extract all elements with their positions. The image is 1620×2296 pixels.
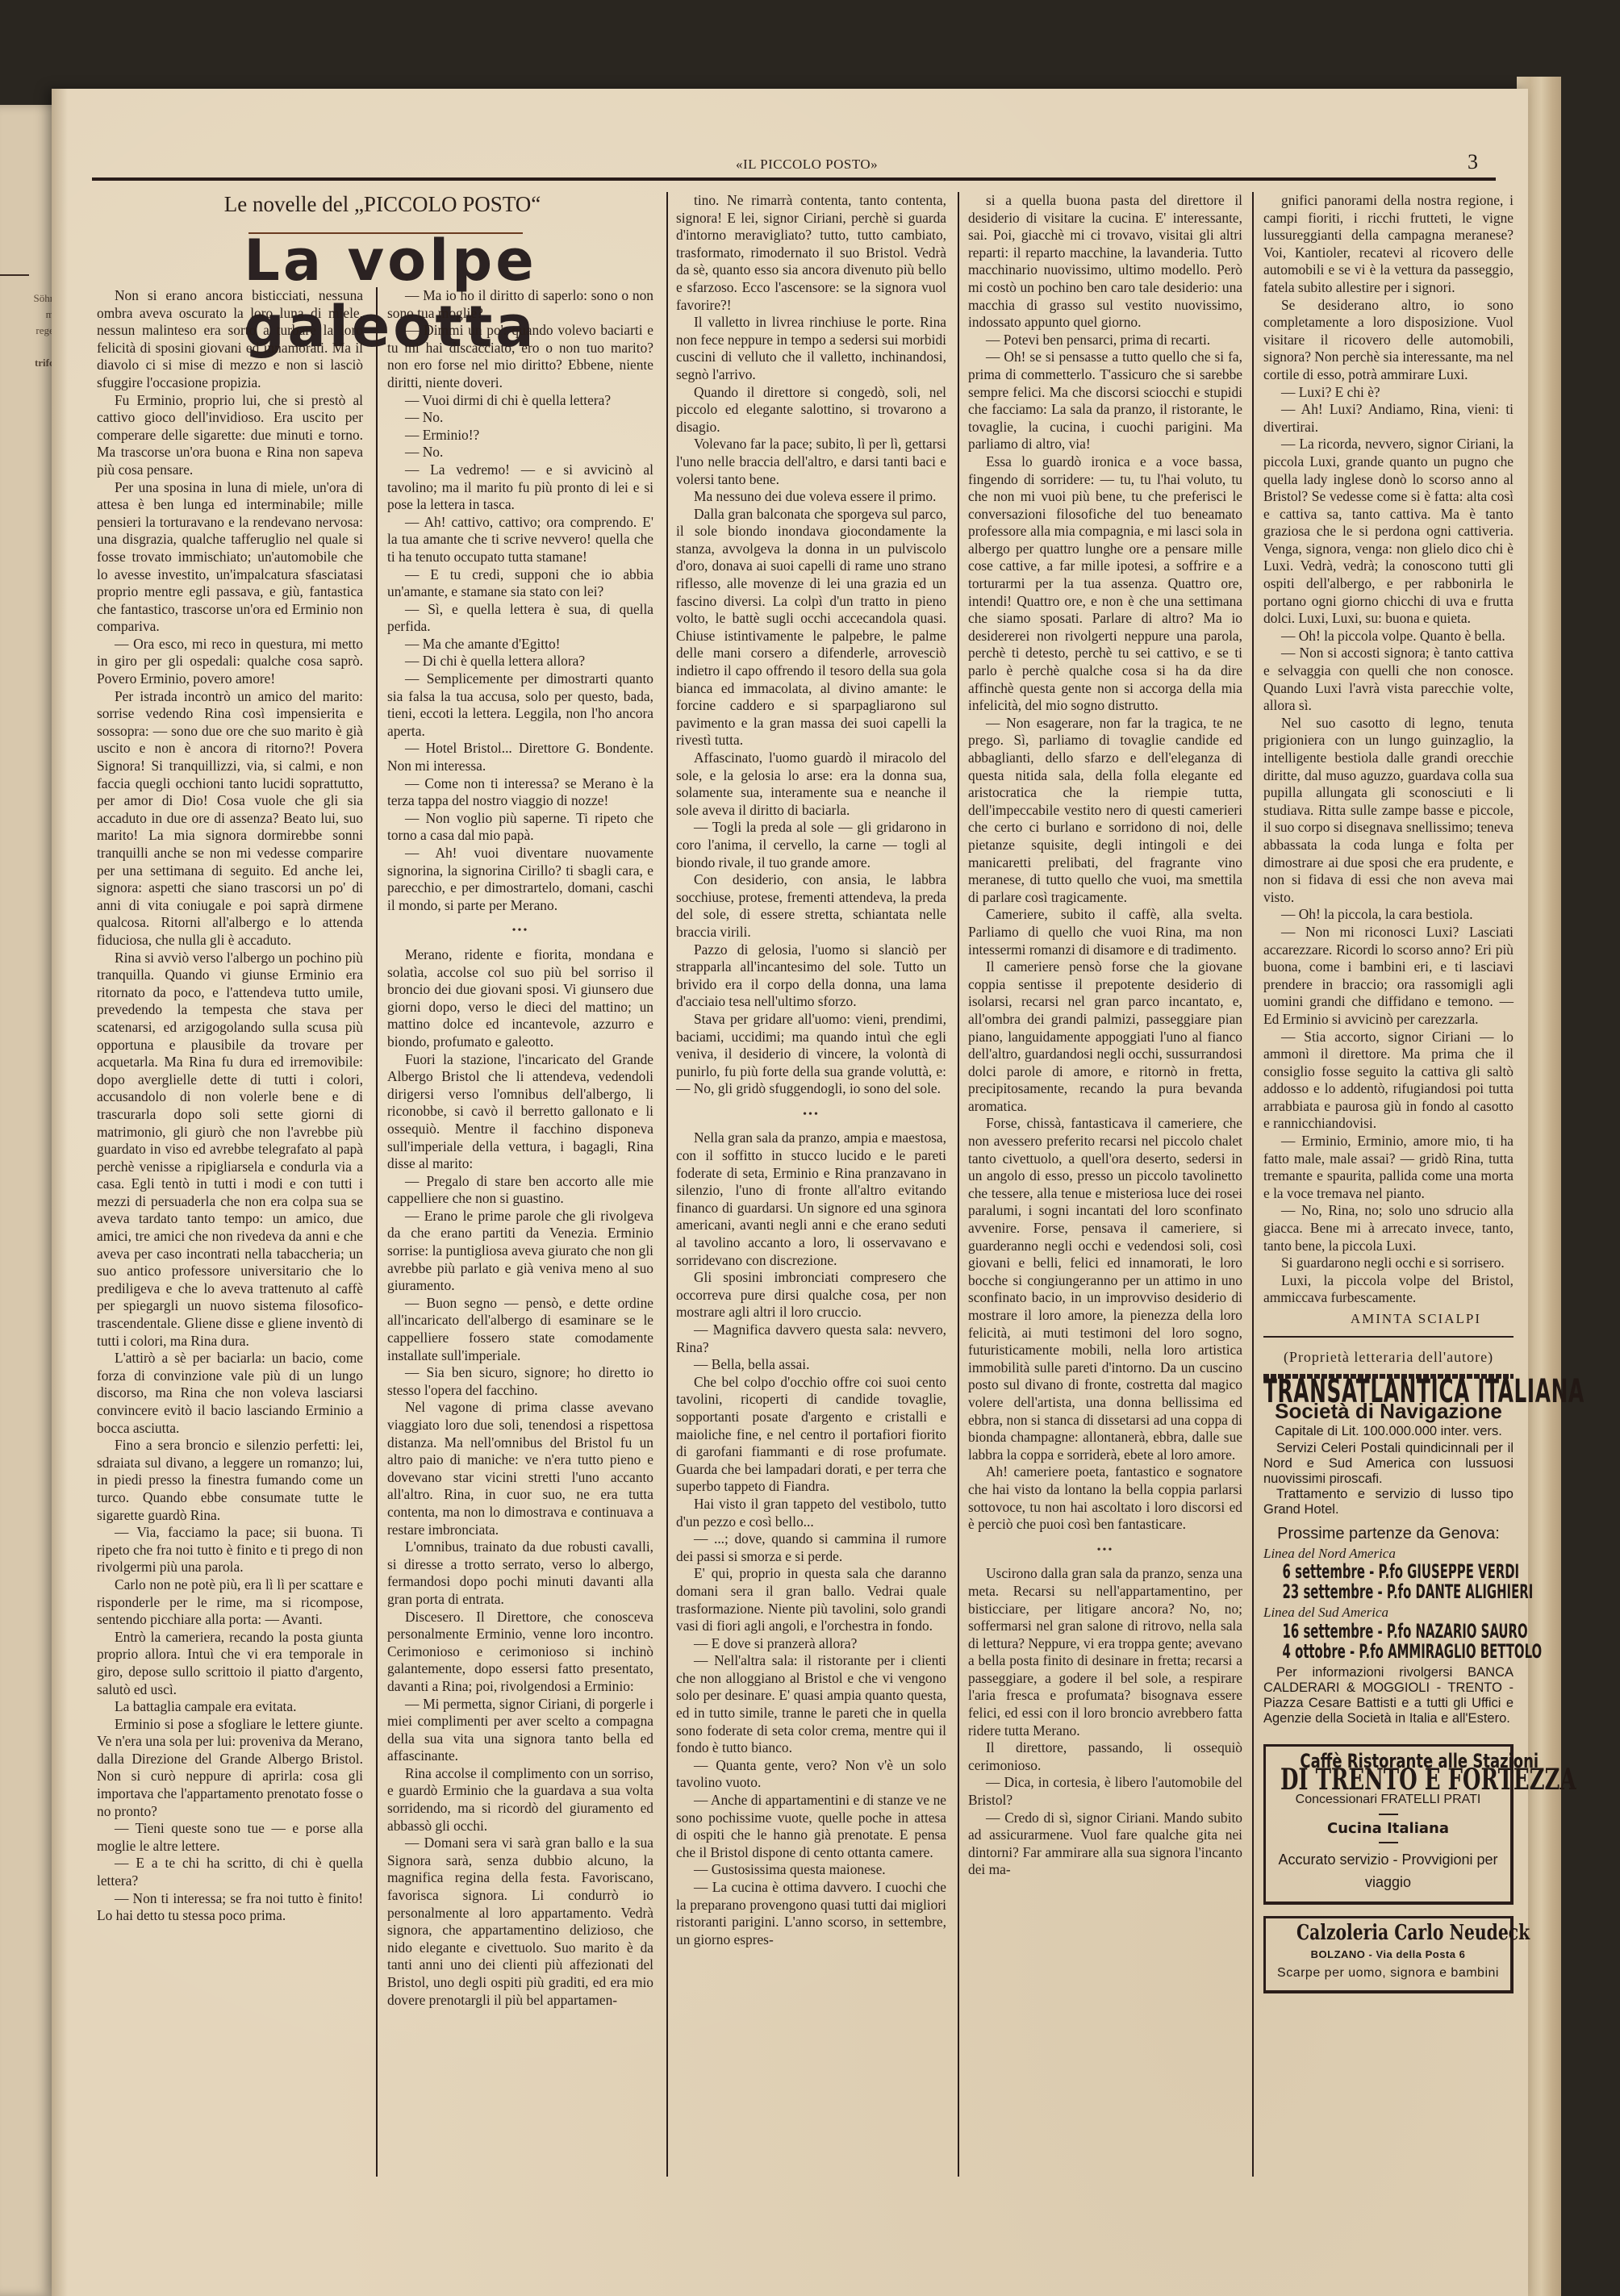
ad-transatlantica-treatment: Trattamento e servizio di lusso tipo Gra… xyxy=(1263,1487,1514,1517)
article-paragraph: Il valletto in livrea rinchiuse le porte… xyxy=(676,314,946,383)
author-signature: AMINTA SCIALPI xyxy=(1263,1310,1514,1328)
article-paragraph: — Domani sera vi sarà gran ballo e la su… xyxy=(387,1835,653,2009)
article-paragraph: — ...; dove, quando si cammina il rumore… xyxy=(676,1530,946,1565)
article-paragraph: — Stia accorto, signor Ciriani — lo ammo… xyxy=(1263,1029,1514,1133)
article-paragraph: — Ah! vuoi diventare nuovamente signorin… xyxy=(387,845,653,914)
article-paragraph: — Dica, in cortesia, è libero l'automobi… xyxy=(968,1774,1242,1809)
article-paragraph: — E tu credi, supponi che io abbia un'am… xyxy=(387,566,653,601)
paper-name: «IL PICCOLO POSTO» xyxy=(736,157,878,173)
section-separator: ••• xyxy=(968,1542,1242,1559)
mini-rule xyxy=(1379,1842,1398,1843)
article-paragraph: — La ricorda, nevvero, signor Ciriani, l… xyxy=(1263,436,1514,628)
article-paragraph: — Sì, e quella lettera è sua, di quella … xyxy=(387,601,653,636)
article-paragraph: — Dimmi un po': quando volevo baciarti e… xyxy=(387,322,653,391)
article-paragraph: Nella gran sala da pranzo, ampia e maest… xyxy=(676,1129,946,1269)
article-paragraph: Che bel colpo d'occhio offre coi suoi ce… xyxy=(676,1374,946,1496)
divider xyxy=(1263,1336,1514,1338)
article-paragraph: Gli sposini imbronciati compresero che o… xyxy=(676,1269,946,1321)
article-paragraph: — Gustosissima questa maionese. xyxy=(676,1861,946,1879)
section-separator: ••• xyxy=(676,1106,946,1124)
article-paragraph: — E dove si pranzerà allora? xyxy=(676,1635,946,1653)
fragment: regelt xyxy=(0,323,60,339)
article-paragraph: si a quella buona pasta del direttore il… xyxy=(968,192,1242,332)
column-rule xyxy=(666,192,668,2177)
sailing-entry: 4 ottobre - P.fo AMMIRAGLIO BETTOLO xyxy=(1263,1642,1532,1662)
article-paragraph: — Ma io ho il diritto di saperlo: sono o… xyxy=(387,287,653,322)
ad-caffe-line4: Cucina Italiana xyxy=(1271,1820,1505,1838)
column-rule xyxy=(1252,192,1254,2177)
ad-transatlantica-services: Servizi Celeri Postali quindicinnali per… xyxy=(1263,1441,1514,1487)
ad-transatlantica-name: TRANSATLANTICA ITALIANA xyxy=(1263,1384,1513,1401)
article-paragraph: — La vedremo! — e si avvicinò al tavolin… xyxy=(387,461,653,514)
ad-calzoleria-tagline: Scarpe per uomo, signora e bambini xyxy=(1271,1964,1505,1982)
article-paragraph: Fuori la stazione, l'incaricato del Gran… xyxy=(387,1051,653,1173)
article-paragraph: Dalla gran balconata che sporgeva sul pa… xyxy=(676,506,946,749)
article-paragraph: — Ah! cattivo, cattivo; ora comprendo. E… xyxy=(387,514,653,566)
article-paragraph: L'attirò a sè per baciarla: un bacio, co… xyxy=(97,1350,363,1437)
article-paragraph: L'omnibus, trainato da due robusti caval… xyxy=(387,1538,653,1608)
article-paragraph: — Luxi? E chi è? xyxy=(1263,384,1514,402)
article-paragraph: — Potevi ben pensarci, prima di recarti. xyxy=(968,332,1242,349)
ad-caffe-ristorante: Caffè Ristorante alle Stazioni DI TRENTO… xyxy=(1263,1744,1514,1905)
article-paragraph: — Ma che amante d'Egitto! xyxy=(387,636,653,653)
article-paragraph: — Erminio!? xyxy=(387,427,653,445)
article-paragraph: — Via, facciamo la pace; sii buona. Ti r… xyxy=(97,1524,363,1576)
article-paragraph: — Buon segno — pensò, e dette ordine all… xyxy=(387,1295,653,1364)
article-paragraph: Il direttore, passando, li ossequiò ceri… xyxy=(968,1739,1242,1774)
column-rule xyxy=(958,192,959,2177)
fragment: mit xyxy=(0,307,60,323)
article-paragraph: — Anche di appartamentini e di stanze ve… xyxy=(676,1792,946,1861)
article-paragraph: — Pregalo di stare ben accorto alle mie … xyxy=(387,1173,653,1208)
article-paragraph: — Non ti interessa; se fra noi tutto è f… xyxy=(97,1890,363,1925)
ad-caffe-line5: Accurato servizio - Provvigioni per viag… xyxy=(1271,1848,1505,1893)
sailing-entry: 16 settembre - P.fo NAZARIO SAURO xyxy=(1263,1622,1532,1642)
article-paragraph: Si guardarono negli occhi e si sorrisero… xyxy=(1263,1254,1514,1272)
article-paragraph: — Oh! la piccola volpe. Quanto è bella. xyxy=(1263,628,1514,645)
column-3: tino. Ne rimarrà contenta, tanto content… xyxy=(676,192,946,1948)
shipping-line-name: Linea del Nord America xyxy=(1263,1545,1514,1563)
article-paragraph: — Erminio, Erminio, amore mio, ti ha fat… xyxy=(1263,1133,1514,1202)
column-2: — Ma io ho il diritto di saperlo: sono o… xyxy=(387,287,653,2009)
underlying-page-rule xyxy=(0,274,29,276)
article-paragraph: — Sia ben sicuro, signore; ho diretto io… xyxy=(387,1364,653,1399)
ad-transatlantica-capital: Capitale di Lit. 100.000.000 inter. vers… xyxy=(1263,1423,1514,1441)
article-paragraph: — Non voglio più saperne. Ti ripeto che … xyxy=(387,810,653,845)
article-paragraph: — Oh! la piccola, la cara bestiola. xyxy=(1263,906,1514,924)
ad-calzoleria: Calzoleria Carlo Neudeck BOLZANO - Via d… xyxy=(1263,1916,1514,1993)
article-paragraph: Non si erano ancora bisticciati, nessuna… xyxy=(97,287,363,392)
article-paragraph: — Togli la preda al sole — gli gridarono… xyxy=(676,819,946,871)
article-paragraph: Uscirono dalla gran sala da pranzo, senz… xyxy=(968,1565,1242,1739)
article-paragraph: Ma nessuno dei due voleva essere il prim… xyxy=(676,488,946,506)
article-paragraph: Volevano far la pace; subito, lì per lì,… xyxy=(676,436,946,488)
article-paragraph: — Non esagerare, non far la tragica, te … xyxy=(968,715,1242,907)
ad-caffe-line2: DI TRENTO E FORTEZZA xyxy=(1280,1772,1496,1789)
article-paragraph: Rina accolse il complimento con un sorri… xyxy=(387,1765,653,1835)
article-paragraph: — Hotel Bristol... Direttore G. Bondente… xyxy=(387,740,653,774)
running-header: «IL PICCOLO POSTO» 3 xyxy=(92,152,1496,174)
article-paragraph: Cameriere, subito il caffè, alla svelta.… xyxy=(968,906,1242,958)
newspaper-page: «IL PICCOLO POSTO» 3 Le novelle del „PIC… xyxy=(52,89,1528,2296)
article-paragraph: Nel vagone di prima classe avevano viagg… xyxy=(387,1399,653,1538)
article-paragraph: Forse, chissà, fantasticava il cameriere… xyxy=(968,1115,1242,1463)
article-paragraph: — La cucina è ottima davvero. I cuochi c… xyxy=(676,1879,946,1948)
article-paragraph: Per istrada incontrò un amico del marito… xyxy=(97,688,363,950)
article-paragraph: — Ah! Luxi? Andiamo, Rina, vieni: ti div… xyxy=(1263,401,1514,436)
article-paragraph: Quando il direttore si congedò, soli, ne… xyxy=(676,384,946,436)
article-paragraph: — Erano le prime parole che gli rivolgev… xyxy=(387,1208,653,1295)
article-paragraph: Pazzo di gelosia, l'uomo si slanciò per … xyxy=(676,941,946,1011)
article-paragraph: — Nell'altra sala: il ristorante per i c… xyxy=(676,1652,946,1757)
article-paragraph: — Magnifica davvero questa sala: nevvero… xyxy=(676,1321,946,1356)
column-4: si a quella buona pasta del direttore il… xyxy=(968,192,1242,1879)
ad-calzoleria-address: BOLZANO - Via della Posta 6 xyxy=(1271,1946,1505,1964)
article-paragraph: — No. xyxy=(387,409,653,427)
article-paragraph: — Credo di sì, signor Ciriani. Mando sub… xyxy=(968,1810,1242,1879)
ad-departures-heading: Prossime partenze da Genova: xyxy=(1263,1526,1514,1543)
sailings-list: Linea del Nord America6 settembre - P.fo… xyxy=(1263,1545,1514,1662)
page-number: 3 xyxy=(1468,150,1478,174)
article-paragraph: — Mi permetta, signor Ciriani, di porger… xyxy=(387,1696,653,1765)
underlying-page-fragments: Söhne mit regelt trifch xyxy=(0,290,60,371)
article-paragraph: E' qui, proprio in questa sala che daran… xyxy=(676,1565,946,1634)
article-paragraph: Ah! cameriere poeta, fantastico e sognat… xyxy=(968,1463,1242,1533)
article-paragraph: Rina si avviò verso l'albergo un pochino… xyxy=(97,950,363,1350)
column-5: gnifici panorami della nostra regione, i… xyxy=(1263,192,1514,1993)
fragment: Söhne xyxy=(0,290,60,307)
article-paragraph: Merano, ridente e fiorita, mondana e sol… xyxy=(387,946,653,1051)
article-paragraph: — Quanta gente, vero? Non v'è un solo ta… xyxy=(676,1757,946,1792)
section-separator: ••• xyxy=(387,922,653,940)
article-paragraph: Nel suo casotto di legno, tenuta prigion… xyxy=(1263,715,1514,907)
rights-note: (Proprietà letteraria dell'autore) xyxy=(1263,1349,1514,1367)
article-paragraph: Discesero. Il Direttore, che conosceva p… xyxy=(387,1609,653,1696)
fold-shadow xyxy=(52,89,68,2296)
article-columns: Non si erano ancora bisticciati, nessuna… xyxy=(97,192,1517,2177)
article-paragraph: Il cameriere pensò forse che la giovane … xyxy=(968,958,1242,1115)
article-paragraph: — Ora esco, mi reco in questura, mi mett… xyxy=(97,636,363,688)
article-paragraph: — Semplicemente per dimostrarti quanto s… xyxy=(387,670,653,740)
fragment: trifch xyxy=(0,355,60,371)
article-paragraph: Essa lo guardò ironica e a voce bassa, f… xyxy=(968,453,1242,715)
ad-transatlantica: TRANSATLANTICA ITALIANA Società di Navig… xyxy=(1263,1384,1514,1726)
article-paragraph: Con desiderio, con ansia, le labbra socc… xyxy=(676,871,946,941)
column-5-text: gnifici panorami della nostra regione, i… xyxy=(1263,192,1514,1307)
article-paragraph: Carlo non ne potè più, era lì lì per sca… xyxy=(97,1576,363,1629)
column-rule xyxy=(376,287,378,2177)
article-paragraph: Se desiderano altro, io sono completamen… xyxy=(1263,297,1514,384)
article-paragraph: — Non mi riconosci Luxi? Lasciati accare… xyxy=(1263,924,1514,1029)
article-paragraph: Hai visto il gran tappeto del vestibolo,… xyxy=(676,1496,946,1530)
ad-calzoleria-name: Calzoleria Carlo Neudeck xyxy=(1296,1925,1480,1943)
ad-transatlantica-info: Per informazioni rivolgersi BANCA CALDER… xyxy=(1263,1665,1514,1726)
article-paragraph: Erminio si pose a sfogliare le lettere g… xyxy=(97,1716,363,1821)
article-paragraph: gnifici panorami della nostra regione, i… xyxy=(1263,192,1514,297)
article-paragraph: Entrò la cameriera, recando la posta giu… xyxy=(97,1629,363,1698)
article-paragraph: Per una sposina in luna di miele, un'ora… xyxy=(97,479,363,636)
article-paragraph: — Di chi è quella lettera allora? xyxy=(387,653,653,670)
article-paragraph: — Vuoi dirmi di chi è quella lettera? xyxy=(387,392,653,410)
article-paragraph: — No. xyxy=(387,444,653,461)
article-paragraph: Fino a sera broncio e silenzio perfetti:… xyxy=(97,1437,363,1524)
spacer xyxy=(0,339,60,355)
column-1: Non si erano ancora bisticciati, nessuna… xyxy=(97,287,363,1925)
article-paragraph: Stava per gridare all'uomo: vieni, prend… xyxy=(676,1011,946,1098)
header-rule xyxy=(92,177,1496,181)
article-paragraph: Luxi, la piccola volpe del Bristol, ammi… xyxy=(1263,1272,1514,1307)
sailing-entry: 23 settembre - P.fo DANTE ALIGHIERI xyxy=(1263,1582,1532,1602)
article-paragraph: — Bella, bella assai. xyxy=(676,1356,946,1374)
article-paragraph: Fu Erminio, proprio lui, che si prestò a… xyxy=(97,392,363,479)
article-paragraph: — E a te chi ha scritto, di chi è quella… xyxy=(97,1855,363,1889)
article-paragraph: — Tieni queste sono tue — e porse alla m… xyxy=(97,1820,363,1855)
article-paragraph: — Oh! se si pensasse a tutto quello che … xyxy=(968,349,1242,453)
article-paragraph: tino. Ne rimarrà contenta, tanto content… xyxy=(676,192,946,314)
shipping-line-name: Linea del Sud America xyxy=(1263,1604,1514,1622)
article-paragraph: — Non si accosti signora; è tanto cattiv… xyxy=(1263,645,1514,714)
article-paragraph: La battaglia campale era evitata. xyxy=(97,1698,363,1716)
article-paragraph: Affascinato, l'uomo guardò il miracolo d… xyxy=(676,749,946,819)
mini-rule xyxy=(1379,1814,1398,1815)
sailing-entry: 6 settembre - P.fo GIUSEPPE VERDI xyxy=(1263,1562,1532,1582)
article-paragraph: — No, Rina, no; solo uno sdrucio alla gi… xyxy=(1263,1202,1514,1254)
article-paragraph: — Come non ti interessa? se Merano è la … xyxy=(387,775,653,810)
